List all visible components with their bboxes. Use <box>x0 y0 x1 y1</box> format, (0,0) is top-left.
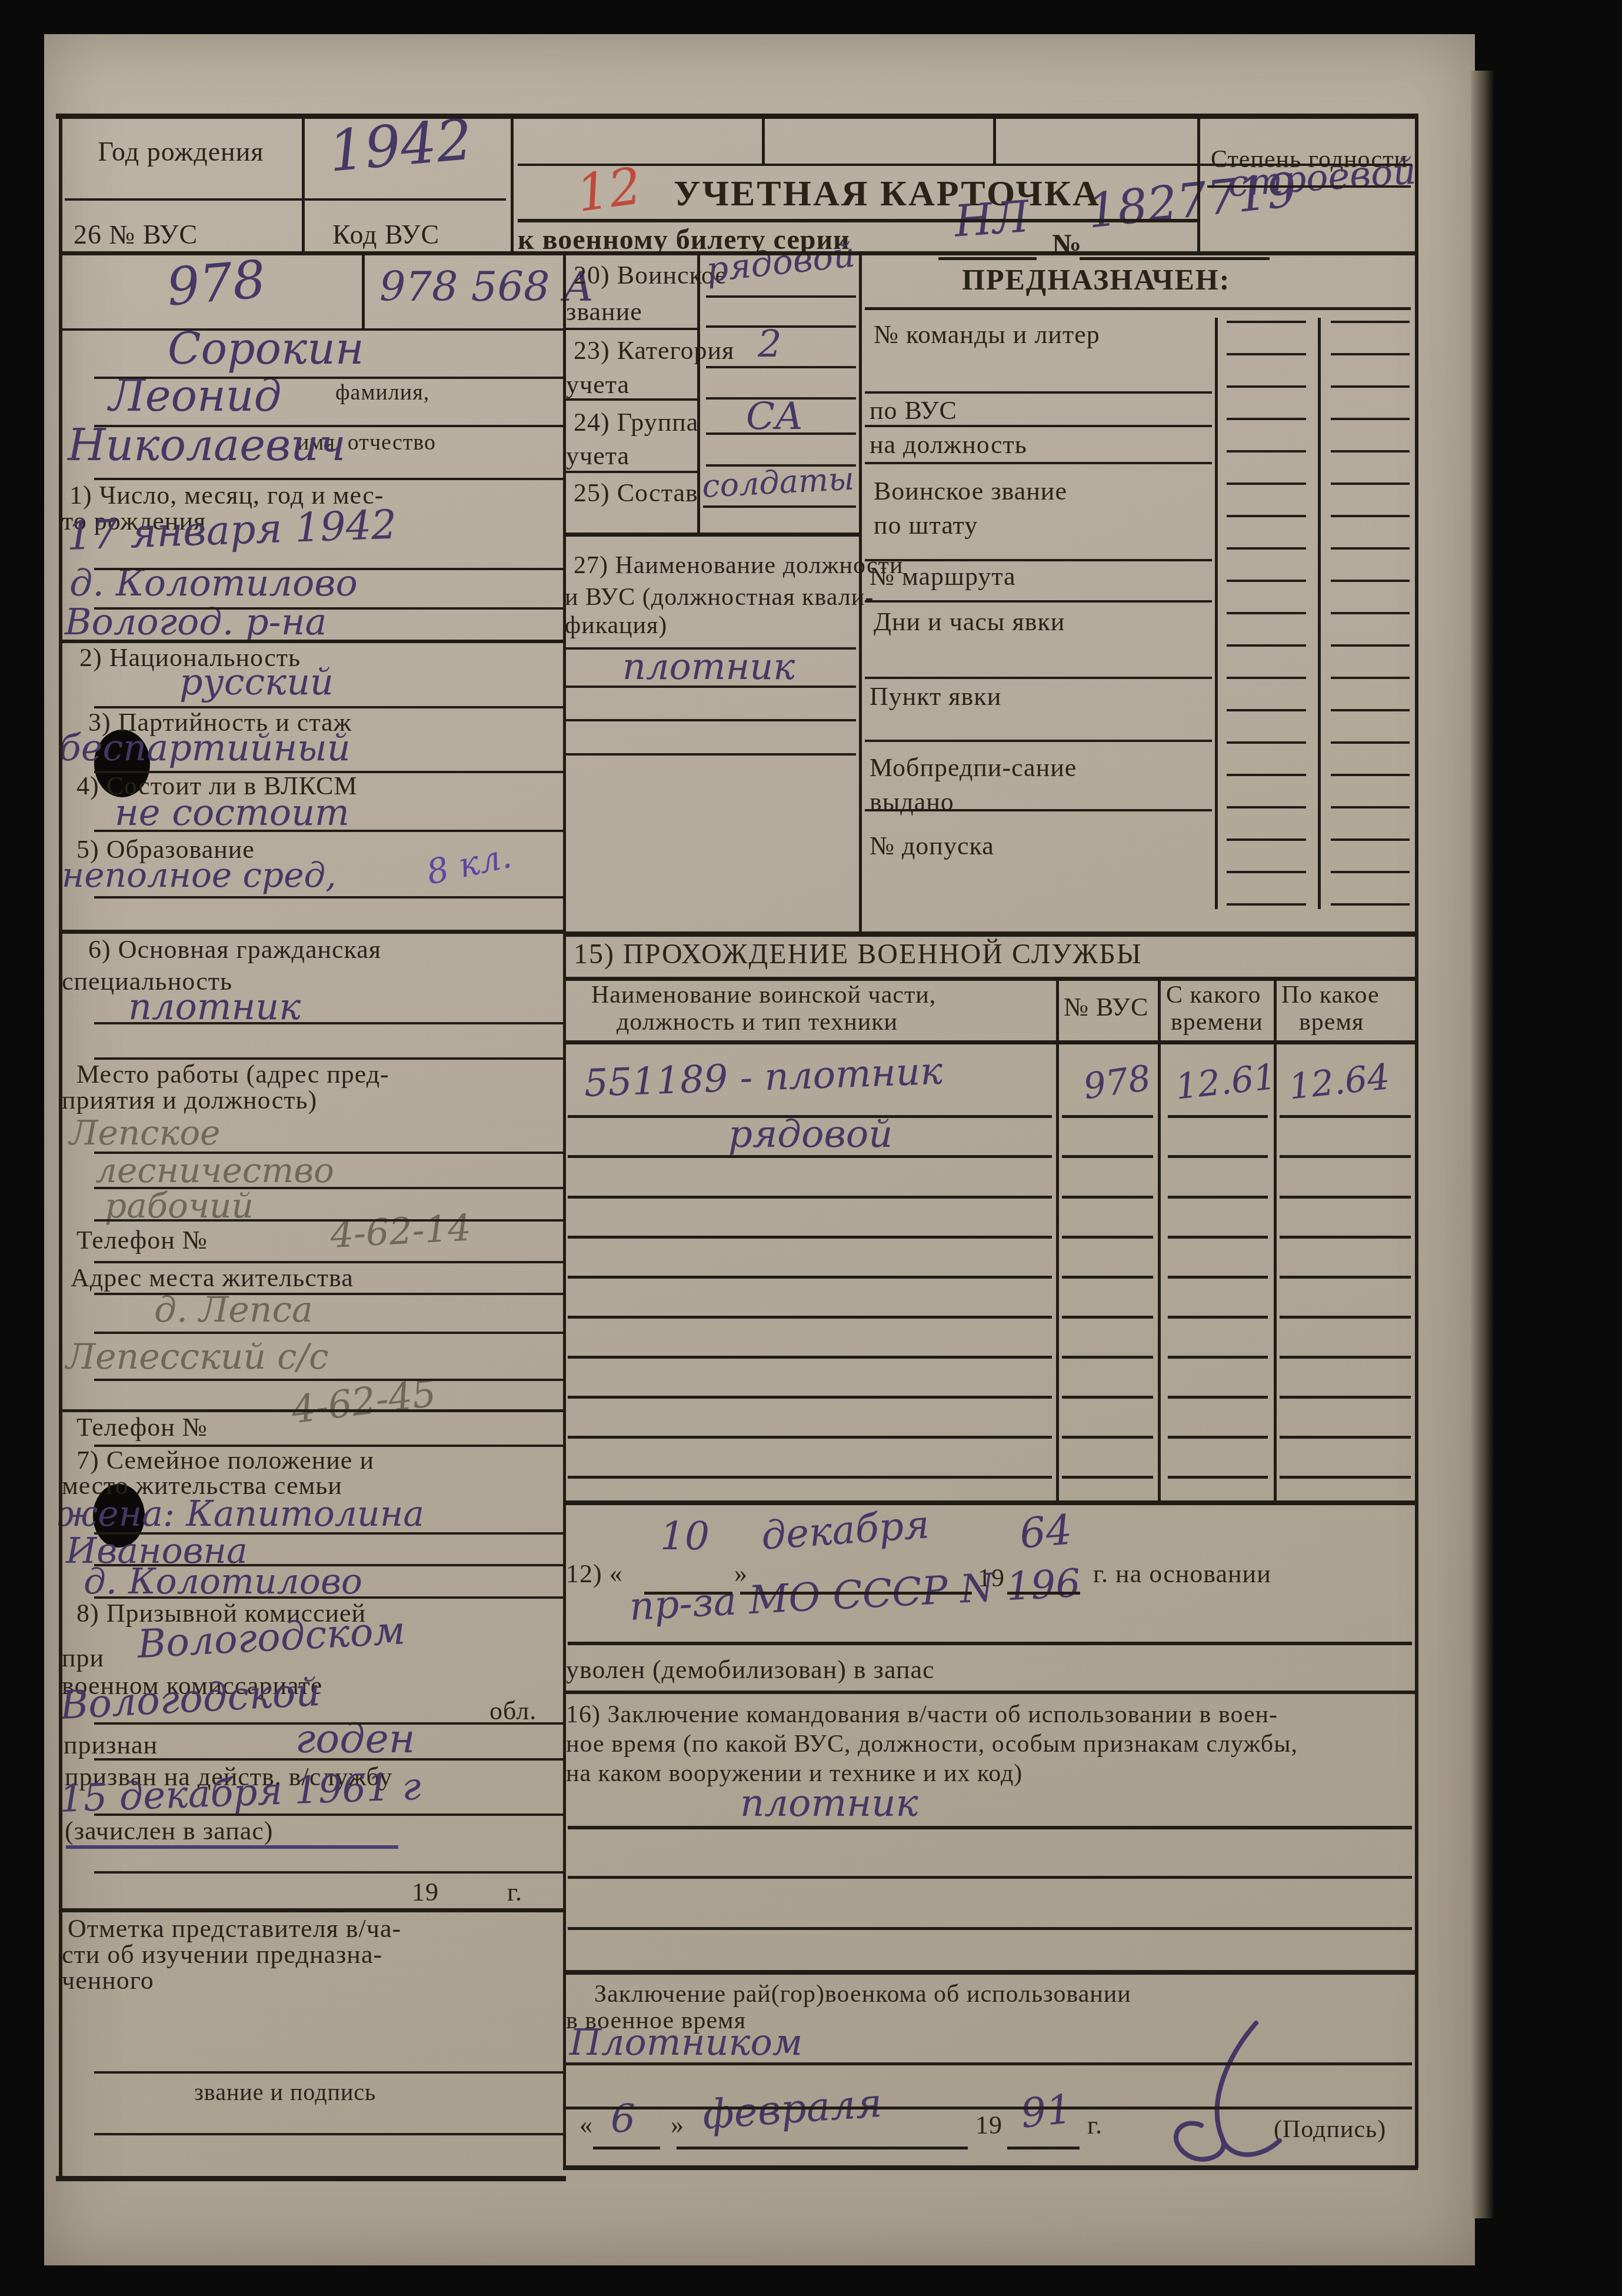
assigned-row-label-na-dolzhnost: на должность <box>870 432 1027 458</box>
rule-line <box>94 607 563 610</box>
phone2-label: Телефон № <box>76 1415 208 1440</box>
rule-line <box>865 425 1212 427</box>
service-row-to: 12.64 <box>1287 1059 1391 1105</box>
rule-line <box>94 1871 563 1874</box>
service-col3-header-l2: времени <box>1171 1010 1263 1034</box>
reserve-note: (зачислен в запас) <box>65 1818 273 1844</box>
rule-line <box>518 219 1199 222</box>
rule-line <box>865 391 1212 394</box>
signature <box>1135 2018 1312 2183</box>
table-row-line <box>1280 1316 1411 1319</box>
rule-line <box>94 377 563 379</box>
card-title: УЧЕТНАЯ КАРТОЧКА <box>674 175 1101 212</box>
rule-line <box>565 719 856 721</box>
rule-line <box>59 1908 563 1912</box>
conclusion-quote-open: « <box>579 2112 593 2138</box>
item7-value-3: д. Колотилово <box>84 1564 362 1599</box>
rule-line <box>94 1532 563 1535</box>
ink-underline <box>66 1845 398 1849</box>
rule-line-vertical <box>1274 977 1277 1500</box>
address-value-2: Лепесский с/с <box>66 1339 329 1375</box>
rule-line <box>563 1970 1415 1975</box>
blank-entry-line <box>1331 806 1410 808</box>
rule-line <box>865 740 1212 742</box>
conclusion-year-printed: 19 <box>975 2112 1002 2138</box>
rule-line <box>740 1592 972 1595</box>
service-col4-header-l1: По какое <box>1281 983 1380 1007</box>
rule-line <box>563 471 697 473</box>
rule-line <box>94 1379 563 1381</box>
rule-line <box>94 1813 563 1816</box>
work-value-2: лесничество <box>95 1153 334 1187</box>
rule-line <box>94 1187 563 1189</box>
rule-line-vertical <box>859 251 862 931</box>
rule-line <box>568 1927 1412 1930</box>
blank-entry-line <box>1331 774 1410 776</box>
rule-line <box>94 706 563 708</box>
birth-year-label: Год рождения <box>65 134 297 170</box>
table-row-line <box>568 1356 1052 1359</box>
rule-line <box>1207 185 1411 188</box>
rule-line <box>703 505 856 508</box>
rule-line-vertical <box>302 114 305 251</box>
blank-entry-line <box>1331 709 1410 711</box>
rule-line <box>563 931 1415 937</box>
rule-line <box>677 2147 968 2149</box>
item16-label-l2: ное время (по какой ВУС, должности, особ… <box>566 1732 1298 1756</box>
phone1-value: 4-62-14 <box>329 1209 472 1253</box>
rule-line <box>94 1564 563 1566</box>
blank-entry-line <box>1227 838 1306 841</box>
work-value-3: рабочий <box>105 1189 254 1223</box>
service-row-vus: 978 <box>1081 1060 1153 1104</box>
rule-line-vertical <box>1215 318 1218 909</box>
table-row-line <box>568 1276 1052 1279</box>
rule-line <box>1007 1592 1080 1595</box>
rule-line <box>59 1409 563 1412</box>
rule-line <box>938 257 1037 260</box>
table-row-line <box>1280 1436 1411 1439</box>
rule-line <box>56 114 1418 119</box>
assigned-title: ПРЕДНАЗНАЧЕН: <box>962 265 1230 294</box>
item3-value: беспартийный <box>59 730 351 766</box>
item27-value: плотник <box>622 648 795 685</box>
rule-line <box>94 478 563 480</box>
table-row-line <box>1280 1396 1411 1399</box>
service-row-from: 12.61 <box>1174 1059 1278 1105</box>
item20-label-l2: звание <box>566 299 642 325</box>
blank-entry-line <box>1227 806 1306 808</box>
table-row-line <box>1062 1476 1153 1479</box>
service-col1-header-l2: должность и тип техники <box>617 1010 898 1034</box>
rule-line <box>565 686 856 688</box>
table-row-line <box>1062 1236 1153 1239</box>
rule-line <box>59 328 563 331</box>
service-col1-header-l1: Наименование воинской части, <box>591 983 936 1007</box>
blank-entry-line <box>1227 450 1306 452</box>
assigned-row-label-marshruta: № маршрута <box>870 564 1016 590</box>
item27-label-l1: 27) Наименование должности <box>574 553 903 578</box>
conclusion-year-hand: 91 <box>1019 2089 1074 2135</box>
year-suffix: г. <box>507 1879 522 1905</box>
blank-entry-line <box>1227 903 1306 906</box>
rule-line <box>865 809 1212 811</box>
rule-line <box>56 2176 566 2181</box>
item23-value: 2 <box>758 326 782 364</box>
rule-line <box>59 251 1415 255</box>
rule-line <box>568 1876 1412 1879</box>
item25-value: солдаты <box>701 462 855 502</box>
blank-entry-line <box>1331 450 1410 452</box>
rule-line <box>94 1293 563 1295</box>
surname-caption: фамилия, <box>335 381 429 404</box>
vus-code-value: 978 568 А <box>379 266 594 307</box>
military-registration-card-scan: Год рождения 1942 26 № ВУС Код ВУС 12 УЧ… <box>0 0 1622 2296</box>
vus-number-label: 26 № ВУС <box>74 221 198 248</box>
table-row-line <box>568 1115 1052 1118</box>
rule-line <box>563 328 697 330</box>
item7-value-1: жена: Капитолина <box>58 1496 424 1532</box>
item7-label-l1: 7) Семейное положение и <box>76 1448 374 1473</box>
rule-line-vertical <box>1197 114 1200 251</box>
blank-entry-line <box>1331 515 1410 517</box>
service-col2-header: № ВУС <box>1064 994 1148 1020</box>
rule-line <box>865 677 1212 679</box>
rule-line <box>706 325 856 328</box>
item27-label-l2: и ВУС (должностная квали- <box>565 585 874 610</box>
rule-line <box>65 198 506 201</box>
rule-line <box>563 1500 1415 1505</box>
address-value-1: д. Лепса <box>154 1292 313 1327</box>
assigned-row-label-zvanie-po-shtatu: Воинское звание по штату <box>874 474 1097 543</box>
discharge-day: 10 <box>660 1517 710 1556</box>
table-row-line <box>1280 1115 1411 1118</box>
mark-label-l1: Отметка представителя в/ча- <box>68 1916 401 1942</box>
rule-line <box>565 753 856 756</box>
rule-line <box>59 640 563 643</box>
rule-line-vertical <box>1415 114 1418 2168</box>
table-row-line <box>1062 1115 1153 1118</box>
blank-entry-line <box>1331 418 1410 420</box>
rule-line <box>94 1596 563 1599</box>
vus-code-label: Код ВУС <box>332 221 439 248</box>
service-col4-header-l2: время <box>1299 1010 1364 1034</box>
assigned-row-label-punkt-yavki: Пункт явки <box>870 684 1001 710</box>
table-row-line <box>1168 1356 1268 1359</box>
rule-line <box>94 1219 563 1222</box>
work-value-1: Лепское <box>69 1116 220 1150</box>
item25-label: 25) Состав <box>574 480 698 506</box>
item6-value: плотник <box>128 989 301 1025</box>
rule-line <box>593 2147 660 2149</box>
rule-line <box>1080 257 1270 260</box>
rule-line <box>94 425 563 427</box>
blank-entry-line <box>1331 547 1410 550</box>
rule-line <box>94 1722 563 1725</box>
conclusion-day: 6 <box>611 2099 635 2138</box>
table-row-line <box>1062 1356 1153 1359</box>
conclusion-value: Плотником <box>569 2024 802 2061</box>
discharge-footer: уволен (демобилизован) в запас <box>566 1657 935 1683</box>
rule-line <box>563 1040 1415 1044</box>
table-row-line <box>1280 1356 1411 1359</box>
blank-entry-line <box>1331 580 1410 582</box>
table-row-line <box>1168 1436 1268 1439</box>
rule-line <box>59 930 563 934</box>
rule-line <box>94 1152 563 1154</box>
item4-value: не состоит <box>115 794 349 831</box>
rule-line <box>706 464 856 467</box>
rule-line <box>865 307 1411 310</box>
table-row-line <box>1280 1196 1411 1199</box>
item27-label-l3: фикация) <box>565 613 667 638</box>
card-index-red: 12 <box>574 161 644 219</box>
service-row-unit-l2: рядовой <box>728 1116 892 1153</box>
assigned-row-label-dni-chasy: Дни и часы явки <box>874 605 1074 639</box>
recognized-value: годен <box>295 1719 415 1759</box>
rule-line <box>706 432 856 435</box>
table-row-line <box>1168 1196 1268 1199</box>
table-row-line <box>568 1436 1052 1439</box>
item23-label-l2: учета <box>566 372 630 398</box>
work-label-l1: Место работы (адрес пред- <box>76 1062 389 1087</box>
rule-line <box>94 1261 563 1263</box>
table-row-line <box>1062 1316 1153 1319</box>
rule-line <box>94 771 563 773</box>
rule-line-vertical <box>1056 977 1059 1500</box>
table-row-line <box>1168 1316 1268 1319</box>
rule-line-vertical <box>762 115 765 164</box>
rank-sign-caption: звание и подпись <box>194 2081 376 2104</box>
item23-label-l1: 23) Категория <box>574 338 734 364</box>
work-label-l2: приятия и должность) <box>62 1087 317 1113</box>
mark-label-l3: ченного <box>62 1968 154 1994</box>
rule-line-vertical <box>362 251 365 328</box>
blank-entry-line <box>1331 353 1410 355</box>
assigned-row-label-po-vus: по ВУС <box>870 398 957 424</box>
item20-label-l1: 20) Воинское <box>574 262 727 288</box>
mark-label-l2: сти об изучении предназна- <box>62 1942 382 1968</box>
table-row-line <box>568 1155 1052 1158</box>
blank-entry-line <box>1331 903 1410 906</box>
birth-year-value: 1942 <box>327 111 475 180</box>
table-row-line <box>1168 1276 1268 1279</box>
blank-entry-line <box>1227 547 1306 550</box>
blank-entry-line <box>1331 741 1410 744</box>
blank-entry-line <box>1227 871 1306 873</box>
table-row-line <box>1168 1476 1268 1479</box>
item6-label-l1: 6) Основная гражданская <box>88 937 381 963</box>
table-row-line <box>1280 1155 1411 1158</box>
table-row-line <box>1168 1236 1268 1239</box>
item24-value: СА <box>746 398 803 435</box>
blank-entry-line <box>1227 418 1306 420</box>
table-row-line <box>568 1396 1052 1399</box>
rule-line <box>94 1758 563 1761</box>
blank-entry-line <box>1227 385 1306 388</box>
rule-line <box>518 164 1412 166</box>
blank-entry-line <box>1227 353 1306 355</box>
table-row-line <box>1062 1436 1153 1439</box>
rule-line <box>563 398 697 401</box>
item24-label-l2: учета <box>566 443 630 469</box>
rule-line-vertical <box>59 114 62 2176</box>
rule-line <box>706 295 856 298</box>
table-row-line <box>1062 1396 1153 1399</box>
blank-entry-line <box>1227 612 1306 614</box>
table-row-line <box>1062 1196 1153 1199</box>
blank-entry-line <box>1227 580 1306 582</box>
rule-line <box>563 1691 1415 1694</box>
table-row-line <box>1168 1155 1268 1158</box>
rule-line <box>865 462 1212 464</box>
table-row-line <box>1280 1236 1411 1239</box>
item2-value: русский <box>179 664 334 700</box>
table-row-line <box>1280 1276 1411 1279</box>
table-row-line <box>1062 1155 1153 1158</box>
address-label: Адрес места жительства <box>71 1265 354 1291</box>
rule-line <box>706 397 856 400</box>
rule-line <box>1007 2147 1080 2149</box>
surname-value: Сорокин <box>168 327 364 371</box>
table-row-line <box>1168 1115 1268 1118</box>
rule-line-vertical <box>697 251 700 533</box>
blank-entry-line <box>1331 385 1410 388</box>
assigned-row-label-dopuska: № допуска <box>870 833 994 859</box>
rule-line <box>568 1826 1412 1829</box>
discharge-prefix: 12) « <box>566 1561 623 1587</box>
conclusion-year-suffix: г. <box>1087 2112 1103 2138</box>
rule-line <box>94 1445 563 1447</box>
table-row-line <box>1062 1276 1153 1279</box>
item8-region-suffix: обл. <box>489 1698 537 1724</box>
discharge-suffix: г. на основании <box>1093 1561 1271 1587</box>
table-row-line <box>568 1196 1052 1199</box>
item8-prefix: при <box>62 1645 104 1671</box>
blank-entry-line <box>1227 677 1306 679</box>
blank-entry-line <box>1331 483 1410 485</box>
service-section-title: 15) ПРОХОЖДЕНИЕ ВОЕННОЙ СЛУЖБЫ <box>574 940 1143 969</box>
firstname-value: Леонид <box>109 374 281 418</box>
vus-number-value: 978 <box>165 253 268 313</box>
table-row-line <box>568 1316 1052 1319</box>
service-col3-header-l1: С какого <box>1166 983 1261 1007</box>
rule-line-vertical <box>993 115 996 164</box>
rule-line <box>94 830 563 832</box>
paper-torn-edge <box>1471 71 1494 2218</box>
rule-line <box>566 2107 1412 2109</box>
blank-entry-line <box>1331 644 1410 647</box>
rule-line <box>94 2071 563 2074</box>
conclusion-quote-close: » <box>671 2112 684 2138</box>
patronymic-value: Николаевич <box>68 424 346 467</box>
recognized-label: признан <box>64 1732 158 1758</box>
rule-line-vertical <box>511 114 514 251</box>
blank-entry-line <box>1227 515 1306 517</box>
item5-value: неполное сред, <box>62 858 337 892</box>
rule-line <box>563 977 1415 981</box>
item16-label-l1: 16) Заключение командования в/части об и… <box>566 1702 1278 1727</box>
discharge-month: декабря <box>760 1505 931 1556</box>
rule-line <box>94 1332 563 1334</box>
blank-entry-line <box>1227 644 1306 647</box>
blank-entry-line <box>1227 709 1306 711</box>
rule-line <box>568 1642 1412 1645</box>
item16-value: плотник <box>740 1785 918 1822</box>
phone1-label: Телефон № <box>76 1227 208 1253</box>
rule-line <box>706 366 856 368</box>
blank-entry-line <box>1227 321 1306 323</box>
item24-label-l1: 24) Группа <box>574 410 698 435</box>
assigned-row-label-komandy: № команды и литер <box>874 318 1109 352</box>
blank-entry-line <box>1331 871 1410 873</box>
table-row-line <box>568 1476 1052 1479</box>
rule-line <box>565 647 856 650</box>
rule-line-vertical <box>563 251 566 2168</box>
blank-entry-line <box>1227 741 1306 744</box>
table-row-line <box>1280 1476 1411 1479</box>
table-row-line <box>1168 1396 1268 1399</box>
rule-line <box>563 533 859 537</box>
rule-line <box>563 2165 1418 2170</box>
blank-entry-line <box>1227 483 1306 485</box>
blank-entry-line <box>1331 677 1410 679</box>
rule-line <box>94 2133 563 2135</box>
rule-line <box>94 1022 563 1024</box>
rule-line <box>94 568 563 570</box>
year-blank: 19 <box>412 1879 439 1905</box>
item1-value-1: 17 января 1942 <box>66 505 397 557</box>
rule-line-vertical <box>1318 318 1321 909</box>
table-row-line <box>568 1236 1052 1239</box>
rule-line <box>94 1057 563 1060</box>
rule-line <box>94 896 563 899</box>
rule-line <box>865 600 1212 603</box>
discharge-year-hand: 64 <box>1018 1509 1074 1554</box>
blank-entry-line <box>1331 321 1410 323</box>
blank-entry-line <box>1331 612 1410 614</box>
rule-line <box>566 2062 1412 2065</box>
conclusion-label-l1: Заключение рай(гор)военкома об использов… <box>594 1982 1131 2006</box>
conclusion-month: февраля <box>701 2084 883 2136</box>
rule-line-vertical <box>1158 977 1161 1500</box>
rule-line <box>865 559 1212 561</box>
item1-value-2: д. Колотилово <box>69 565 358 601</box>
blank-entry-line <box>1227 774 1306 776</box>
blank-entry-line <box>1331 838 1410 841</box>
rule-line <box>644 1592 732 1595</box>
